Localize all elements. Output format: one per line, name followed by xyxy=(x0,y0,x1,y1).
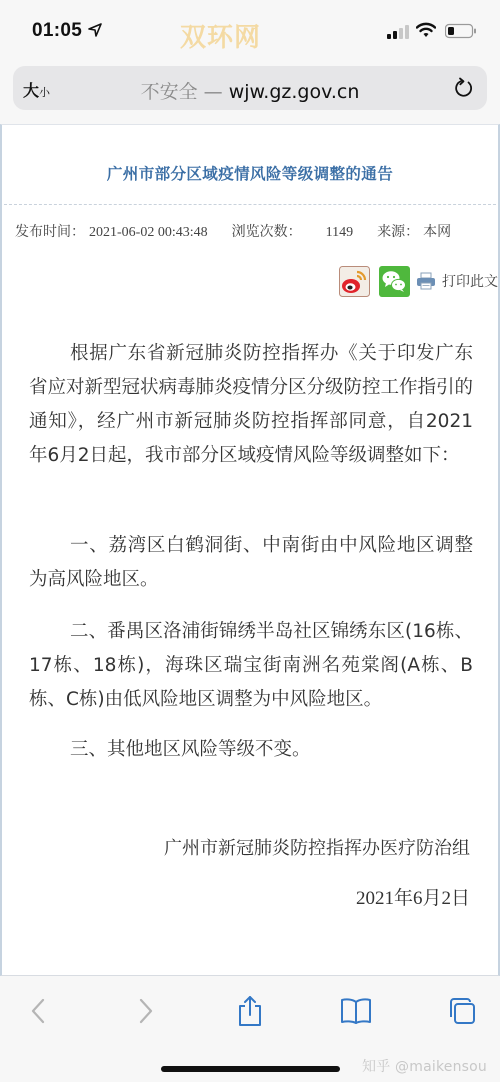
paragraph-text: 根据广东省新冠肺炎防控指挥办《关于印发广东省应对新型冠状病毒肺炎疫情分区分级防控… xyxy=(29,337,473,473)
article-paragraph-item-1: 一、荔湾区白鹤洞街、中南街由中风险地区调整为高风险地区。 xyxy=(29,529,473,597)
url-display[interactable]: 不安全 — wjw.gz.gov.cn xyxy=(13,77,487,104)
status-bar: 01:05 双环网 xyxy=(0,0,500,62)
not-secure-label: 不安全 — xyxy=(141,81,229,103)
watermark-logo: 双环网 xyxy=(180,17,261,54)
url-domain: wjw.gz.gov.cn xyxy=(229,81,360,103)
zhihu-watermark: 知乎 @maikensou xyxy=(362,1056,487,1076)
location-arrow-icon xyxy=(88,23,102,37)
issuer-signature: 广州市新冠肺炎防控指挥办医疗防治组 xyxy=(164,834,470,860)
reload-icon[interactable] xyxy=(453,77,475,99)
print-article-link[interactable]: 打印此文 xyxy=(442,271,498,291)
article-paragraph-item-3: 三、其他地区风险等级不变。 xyxy=(29,733,473,767)
article-meta: 发布时间：2021-06-02 00:43:48浏览次数：1149来源：本网 xyxy=(15,221,455,241)
view-count-label: 浏览次数： xyxy=(232,225,302,240)
publish-time-label: 发布时间： xyxy=(15,225,85,240)
paragraph-text: 三、其他地区风险等级不变。 xyxy=(29,733,473,767)
weibo-share-icon[interactable] xyxy=(339,266,370,297)
source-value: 本网 xyxy=(423,225,451,240)
publish-time-value: 2021-06-02 00:43:48 xyxy=(89,225,208,240)
forward-button[interactable] xyxy=(128,996,164,1026)
tabs-icon xyxy=(447,996,477,1026)
web-page-content: 广州市部分区域疫情风险等级调整的通告 发布时间：2021-06-02 00:43… xyxy=(0,124,500,976)
article-title: 广州市部分区域疫情风险等级调整的通告 xyxy=(2,162,498,184)
book-icon xyxy=(340,997,372,1025)
article-paragraph-item-2: 二、番禺区洛浦街锦绣半岛社区锦绣东区(16栋、17栋、18栋)，海珠区瑞宝街南洲… xyxy=(29,615,473,717)
article-paragraph-intro: 根据广东省新冠肺炎防控指挥办《关于印发广东省应对新型冠状病毒肺炎疫情分区分级防控… xyxy=(29,337,473,473)
share-button[interactable] xyxy=(232,996,268,1026)
tabs-button[interactable] xyxy=(444,996,480,1026)
paragraph-text: 二、番禺区洛浦街锦绣半岛社区锦绣东区(16栋、17栋、18栋)，海珠区瑞宝街南洲… xyxy=(29,615,473,717)
signature-date: 2021年6月2日 xyxy=(356,883,470,910)
address-bar[interactable]: 大小 不安全 — wjw.gz.gov.cn xyxy=(13,66,487,110)
home-indicator xyxy=(161,1066,340,1072)
wifi-icon xyxy=(416,22,436,38)
chevron-right-icon xyxy=(138,997,154,1025)
wechat-share-icon[interactable] xyxy=(379,266,410,297)
battery-icon xyxy=(445,23,477,39)
bookmarks-button[interactable] xyxy=(338,996,374,1026)
printer-icon[interactable] xyxy=(416,272,436,290)
share-icon xyxy=(237,995,263,1027)
clock: 01:05 xyxy=(32,20,82,42)
share-toolbar: 打印此文 xyxy=(339,264,498,298)
view-count-value: 1149 xyxy=(326,225,353,240)
back-button[interactable] xyxy=(20,996,56,1026)
title-divider xyxy=(4,204,496,205)
cellular-signal-icon xyxy=(387,25,409,39)
browser-toolbar: 知乎 @maikensou xyxy=(0,976,500,1082)
source-label: 来源： xyxy=(377,225,419,240)
paragraph-text: 一、荔湾区白鹤洞街、中南街由中风险地区调整为高风险地区。 xyxy=(29,529,473,597)
chevron-left-icon xyxy=(30,997,46,1025)
